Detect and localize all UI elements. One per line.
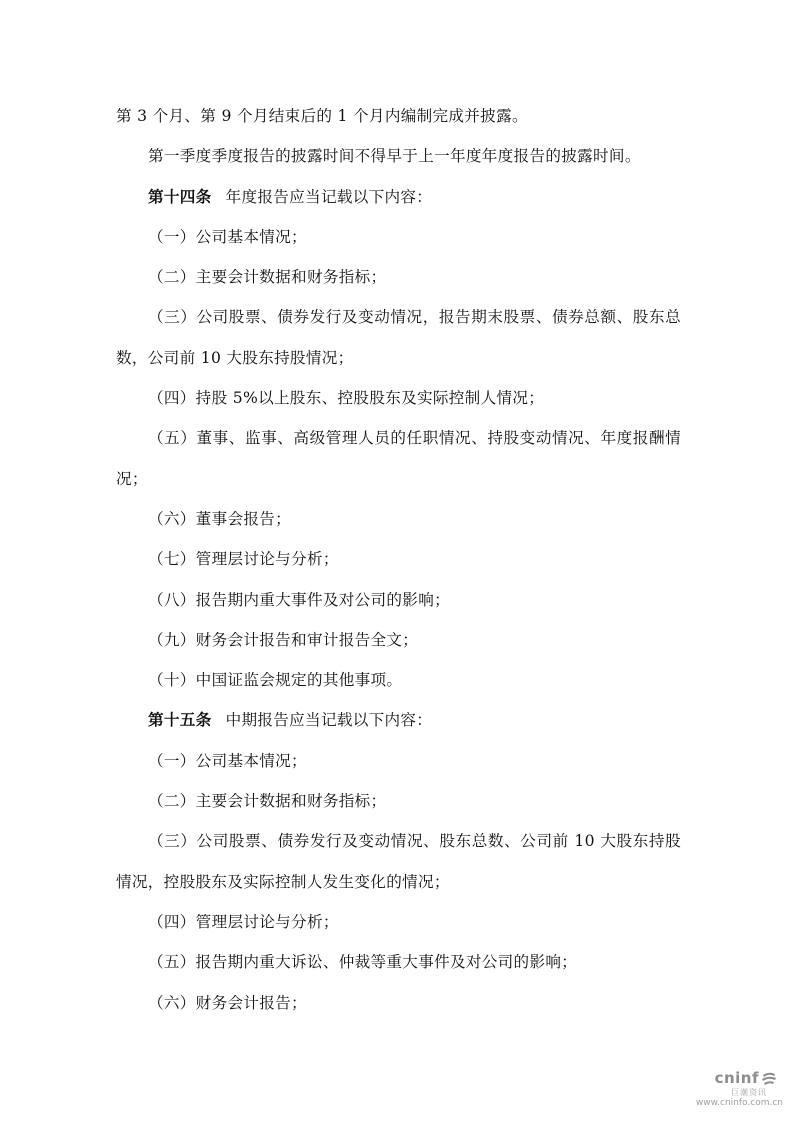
list-item: （二）主要会计数据和财务指标； bbox=[116, 265, 681, 305]
brand-wordmark: cninf bbox=[715, 1069, 759, 1087]
list-item-continuation: 数，公司前 10 大股东持股情况； bbox=[116, 346, 681, 386]
article-text: 中期报告应当记载以下内容： bbox=[226, 711, 433, 729]
paragraph-line: 第一季度季度报告的披露时间不得早于上一年度年度报告的披露时间。 bbox=[116, 144, 681, 184]
list-item: （五）董事、监事、高级管理人员的任职情况、持股变动情况、年度报酬情 bbox=[116, 426, 681, 466]
list-item-continuation: 情况，控股股东及实际控制人发生变化的情况； bbox=[116, 870, 681, 910]
document-page: 第 3 个月、第 9 个月结束后的 1 个月内编制完成并披露。 第一季度季度报告… bbox=[116, 104, 681, 1031]
article-14-heading: 第十四条年度报告应当记载以下内容： bbox=[116, 185, 681, 225]
list-item: （三）公司股票、债券发行及变动情况、股东总数、公司前 10 大股东持股 bbox=[116, 829, 681, 869]
cninfo-logo-icon bbox=[761, 1071, 777, 1085]
list-item: （八）报告期内重大事件及对公司的影响； bbox=[116, 588, 681, 628]
list-item: （四）持股 5%以上股东、控股股东及实际控制人情况； bbox=[116, 386, 681, 426]
list-item-continuation: 况； bbox=[116, 467, 681, 507]
list-item: （一）公司基本情况； bbox=[116, 749, 681, 789]
list-item: （四）管理层讨论与分析； bbox=[116, 910, 681, 950]
cninfo-watermark: cninf 巨潮资讯 www.cninfo.com.cn bbox=[683, 1069, 783, 1108]
list-item: （六）董事会报告； bbox=[116, 507, 681, 547]
article-text: 年度报告应当记载以下内容： bbox=[226, 188, 433, 206]
list-item: （二）主要会计数据和财务指标； bbox=[116, 789, 681, 829]
article-15-heading: 第十五条中期报告应当记载以下内容： bbox=[116, 708, 681, 748]
paragraph-line: 第 3 个月、第 9 个月结束后的 1 个月内编制完成并披露。 bbox=[116, 104, 681, 144]
list-item: （十）中国证监会规定的其他事项。 bbox=[116, 668, 681, 708]
list-item: （三）公司股票、债券发行及变动情况，报告期末股票、债券总额、股东总 bbox=[116, 305, 681, 345]
list-item: （七）管理层讨论与分析； bbox=[116, 547, 681, 587]
article-number: 第十四条 bbox=[148, 188, 212, 206]
list-item: （五）报告期内重大诉讼、仲裁等重大事件及对公司的影响； bbox=[116, 950, 681, 990]
list-item: （九）财务会计报告和审计报告全文； bbox=[116, 628, 681, 668]
brand-chinese-name: 巨潮资讯 bbox=[683, 1087, 767, 1098]
list-item: （六）财务会计报告； bbox=[116, 991, 681, 1031]
list-item: （一）公司基本情况； bbox=[116, 225, 681, 265]
brand-url: www.cninfo.com.cn bbox=[683, 1098, 783, 1108]
article-number: 第十五条 bbox=[148, 711, 212, 729]
